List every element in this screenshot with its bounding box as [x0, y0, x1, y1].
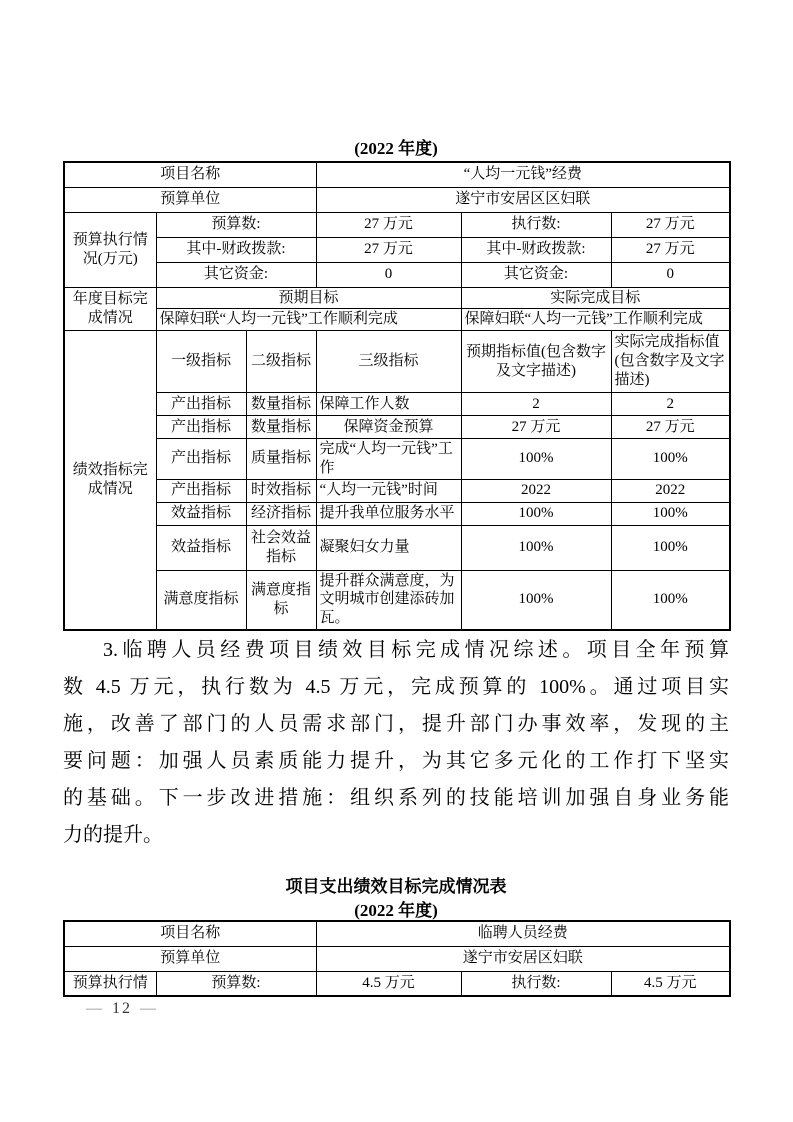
paragraph-line: 要问题：加强人员素质能力提升，为其它多元化的工作打下坚实	[63, 743, 729, 780]
table-row: 保障妇联“人均一元钱”工作顺利完成 保障妇联“人均一元钱”工作顺利完成	[64, 309, 730, 331]
paragraph-line: 施，改善了部门的人员需求部门，提升部门办事效率，发现的主	[63, 706, 729, 743]
page-number-dash-left: —	[78, 1000, 112, 1017]
table-row: 产出指标 质量指标 完成“人均一元钱”工作 100% 100%	[64, 439, 730, 480]
col-header-level1: 一级指标	[156, 331, 246, 393]
indicator-cell: “人均一元钱”时间	[316, 479, 461, 502]
budget-value: 4.5 万元	[316, 971, 461, 996]
indicator-cell: 100%	[461, 525, 611, 570]
budget-unit-label: 预算单位	[64, 946, 316, 971]
project-name-value: “人均一元钱”经费	[316, 162, 730, 187]
table2-title: 项目支出绩效目标完成情况表	[63, 872, 729, 897]
performance-table-2: 项目名称 临聘人员经费 预算单位 遂宁市安居区妇联 预算执行情 预算数: 4.5…	[63, 920, 731, 997]
indicator-cell: 提升群众满意度，为文明城市创建添砖加瓦。	[316, 570, 461, 630]
indicator-cell: 产出指标	[156, 393, 246, 416]
indicator-cell: 时效指标	[246, 479, 316, 502]
indicator-cell: 产出指标	[156, 479, 246, 502]
other-funds-value: 0	[316, 262, 461, 287]
budget-unit-label: 预算单位	[64, 187, 316, 212]
fiscal-alloc-label: 其中-财政拨款:	[156, 237, 316, 262]
project-name-label: 项目名称	[64, 921, 316, 946]
table-row: 效益指标 经济指标 提升我单位服务水平 100% 100%	[64, 502, 730, 525]
indicator-cell: 100%	[461, 502, 611, 525]
budget-unit-value: 遂宁市安居区妇联	[316, 946, 730, 971]
indicator-cell: 2022	[611, 479, 730, 502]
project-name-label: 项目名称	[64, 162, 316, 187]
performance-table-1: 项目名称 “人均一元钱”经费 预算单位 遂宁市安居区区妇联 预算执行情况(万元)…	[63, 161, 731, 631]
col-header-level3: 三级指标	[316, 331, 461, 393]
table-row: 产出指标 数量指标 保障工作人数 2 2	[64, 393, 730, 416]
actual-goal-header: 实际完成目标	[461, 287, 730, 309]
indicator-cell: 经济指标	[246, 502, 316, 525]
table-row: 年度目标完成情况 预期目标 实际完成目标	[64, 287, 730, 309]
indicator-cell: 满意度指标	[156, 570, 246, 630]
budget-label: 预算数:	[156, 212, 316, 237]
other-funds-label: 其它资金:	[156, 262, 316, 287]
fiscal-alloc-value-2: 27 万元	[611, 237, 730, 262]
table-row: 项目名称 临聘人员经费	[64, 921, 730, 946]
indicator-cell: 质量指标	[246, 439, 316, 480]
indicator-cell: 27 万元	[461, 416, 611, 439]
indicator-cell: 提升我单位服务水平	[316, 502, 461, 525]
annual-goal-label: 年度目标完成情况	[64, 287, 156, 331]
indicator-cell: 效益指标	[156, 525, 246, 570]
budget-exec-label: 预算执行情	[64, 971, 156, 996]
paragraph-line: 力的提升。	[63, 817, 729, 854]
indicator-cell: 保障工作人数	[316, 393, 461, 416]
indicator-cell: 2	[461, 393, 611, 416]
table-row: 预算执行情 预算数: 4.5 万元 执行数: 4.5 万元	[64, 971, 730, 996]
project-name-value: 临聘人员经费	[316, 921, 730, 946]
summary-paragraph: 3.临聘人员经费项目绩效目标完成情况综述。项目全年预算 数 4.5 万元，执行数…	[63, 632, 729, 854]
page-number-value: 12	[112, 1000, 132, 1017]
table-row: 预算单位 遂宁市安居区妇联	[64, 946, 730, 971]
exec-value: 4.5 万元	[611, 971, 730, 996]
expected-goal-header: 预期目标	[156, 287, 461, 309]
fiscal-alloc-label-2: 其中-财政拨款:	[461, 237, 611, 262]
indicator-cell: 产出指标	[156, 416, 246, 439]
indicator-cell: 产出指标	[156, 439, 246, 480]
table2-year-subtitle: (2022 年度)	[63, 896, 729, 921]
page-number: —12—	[78, 1000, 166, 1018]
table-row: 其它资金: 0 其它资金: 0	[64, 262, 730, 287]
indicator-cell: 数量指标	[246, 393, 316, 416]
other-funds-value-2: 0	[611, 262, 730, 287]
table1-year-subtitle: (2022 年度)	[63, 134, 729, 159]
table-row: 绩效指标完成情况 一级指标 二级指标 三级指标 预期指标值(包含数字及文字描述)…	[64, 331, 730, 393]
actual-goal-value: 保障妇联“人均一元钱”工作顺利完成	[461, 309, 730, 331]
indicator-cell: 100%	[611, 502, 730, 525]
table-row: 其中-财政拨款: 27 万元 其中-财政拨款: 27 万元	[64, 237, 730, 262]
table-row: 满意度指标 满意度指标 提升群众满意度，为文明城市创建添砖加瓦。 100% 10…	[64, 570, 730, 630]
indicator-cell: 凝聚妇女力量	[316, 525, 461, 570]
perf-section-label: 绩效指标完成情况	[64, 331, 156, 630]
col-header-actual: 实际完成指标值(包含数字及文字描述)	[611, 331, 730, 393]
exec-value: 27 万元	[611, 212, 730, 237]
indicator-cell: 完成“人均一元钱”工作	[316, 439, 461, 480]
indicator-cell: 数量指标	[246, 416, 316, 439]
indicator-cell: 社会效益指标	[246, 525, 316, 570]
indicator-cell: 100%	[611, 570, 730, 630]
exec-label: 执行数:	[461, 971, 611, 996]
table-row: 预算单位 遂宁市安居区区妇联	[64, 187, 730, 212]
table-row: 产出指标 数量指标 保障资金预算 27 万元 27 万元	[64, 416, 730, 439]
paragraph-line: 3.临聘人员经费项目绩效目标完成情况综述。项目全年预算	[63, 632, 729, 669]
fiscal-alloc-value: 27 万元	[316, 237, 461, 262]
page-number-dash-right: —	[132, 1000, 166, 1017]
document-page: (2022 年度) 项目名称 “人均一元钱”经费 预算单位 遂宁市安居区区妇联 …	[0, 0, 793, 1122]
budget-exec-label: 预算执行情况(万元)	[64, 212, 156, 287]
table-row: 效益指标 社会效益指标 凝聚妇女力量 100% 100%	[64, 525, 730, 570]
col-header-level2: 二级指标	[246, 331, 316, 393]
indicator-cell: 100%	[461, 570, 611, 630]
paragraph-line: 数 4.5 万元，执行数为 4.5 万元，完成预算的 100%。通过项目实	[63, 669, 729, 706]
indicator-cell: 满意度指标	[246, 570, 316, 630]
indicator-cell: 27 万元	[611, 416, 730, 439]
table-row: 产出指标 时效指标 “人均一元钱”时间 2022 2022	[64, 479, 730, 502]
col-header-expected: 预期指标值(包含数字及文字描述)	[461, 331, 611, 393]
indicator-cell: 2	[611, 393, 730, 416]
table-row: 预算执行情况(万元) 预算数: 27 万元 执行数: 27 万元	[64, 212, 730, 237]
budget-unit-value: 遂宁市安居区区妇联	[316, 187, 730, 212]
indicator-cell: 100%	[461, 439, 611, 480]
other-funds-label-2: 其它资金:	[461, 262, 611, 287]
indicator-cell: 100%	[611, 525, 730, 570]
indicator-cell: 100%	[611, 439, 730, 480]
budget-value: 27 万元	[316, 212, 461, 237]
indicator-cell: 保障资金预算	[316, 416, 461, 439]
table-row: 项目名称 “人均一元钱”经费	[64, 162, 730, 187]
exec-label: 执行数:	[461, 212, 611, 237]
indicator-cell: 效益指标	[156, 502, 246, 525]
paragraph-line: 的基础。下一步改进措施：组织系列的技能培训加强自身业务能	[63, 780, 729, 817]
budget-label: 预算数:	[156, 971, 316, 996]
expected-goal-value: 保障妇联“人均一元钱”工作顺利完成	[156, 309, 461, 331]
indicator-cell: 2022	[461, 479, 611, 502]
